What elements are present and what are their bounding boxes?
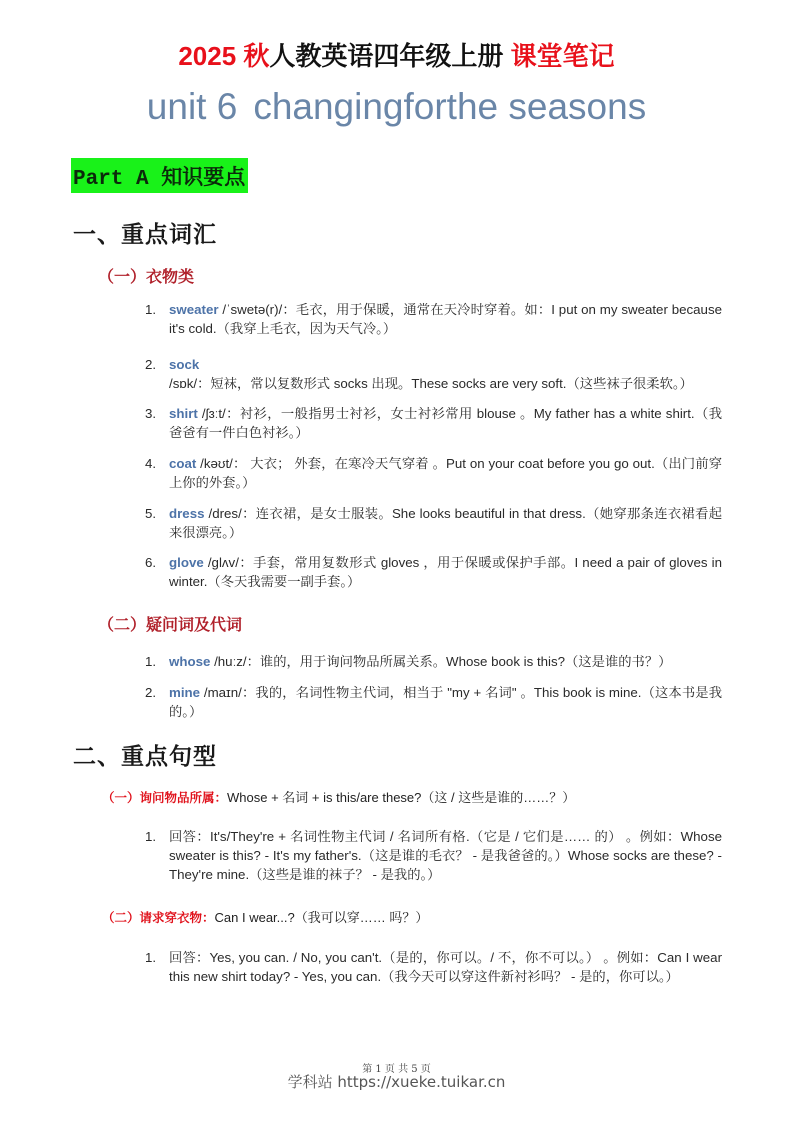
item-number: 4. (145, 454, 165, 473)
pattern-label: （二）请求穿衣物： (102, 911, 215, 925)
vocab-item: 2. mine /maɪn/：我的，名词性物主代词，相当于 "my + 名词" … (145, 683, 722, 721)
subsection-heading-clothing: （一）衣物类 (98, 264, 194, 287)
vocab-definition: /kəʊt/： 大衣； 外套，在寒冷天气穿着 。Put on your coat… (169, 456, 722, 490)
pattern-text: Whose + 名词 + is this/are these?（这 / 这些是谁… (227, 790, 575, 805)
pattern-example-item: 1. 回答：It's/They're + 名词性物主代词 / 名词所有格.（它是… (145, 827, 722, 884)
footer-website: 学科站 https://xueke.tuikar.cn (0, 1071, 793, 1092)
pattern-example-text: 回答：Yes, you can. / No, you can't.（是的，你可以… (169, 948, 722, 986)
vocab-word: coat (169, 456, 196, 471)
vocab-item: 1. whose /huːz/：谁的，用于询问物品所属关系。Whose book… (145, 652, 722, 671)
item-number: 5. (145, 504, 165, 523)
item-number: 1. (145, 827, 165, 846)
pattern-example-item: 1. 回答：Yes, you can. / No, you can't.（是的，… (145, 948, 722, 986)
vocab-item: 3. shirt /ʃɜːt/：衬衫，一般指男士衬衫，女士衬衫常用 blouse… (145, 404, 722, 442)
item-number: 2. (145, 355, 165, 374)
item-number: 2. (145, 683, 165, 702)
pattern-example-text: 回答：It's/They're + 名词性物主代词 / 名词所有格.（它是 / … (169, 827, 722, 884)
section-heading-vocabulary: 一、重点词汇 (73, 216, 217, 249)
pattern-ownership: （一）询问物品所属：Whose + 名词 + is this/are these… (102, 787, 575, 806)
vocab-word: whose (169, 654, 210, 669)
item-number: 1. (145, 652, 165, 671)
vocab-word: mine (169, 685, 200, 700)
unit-number: unit 6 (147, 86, 238, 127)
vocab-word: sock (169, 357, 199, 372)
vocab-word: sweater (169, 302, 219, 317)
item-number: 6. (145, 553, 165, 572)
vocab-definition: /glʌv/：手套，常用复数形式 gloves ，用于保暖或保护手部。I nee… (169, 555, 722, 589)
item-number: 1. (145, 300, 165, 319)
vocab-item: 1. sweater /ˈswetə(r)/：毛衣，用于保暖，通常在天冷时穿着。… (145, 300, 722, 338)
vocab-definition: /ʃɜːt/：衬衫，一般指男士衬衫，女士衬衫常用 blouse 。My fath… (169, 406, 722, 440)
vocab-word: glove (169, 555, 204, 570)
unit-name: changingforthe seasons (253, 86, 646, 127)
vocab-definition: /maɪn/：我的，名词性物主代词，相当于 "my + 名词" 。This bo… (169, 685, 722, 719)
item-number: 1. (145, 948, 165, 967)
title-notes: 课堂笔记 (511, 41, 615, 71)
vocab-definition: /sɒk/：短袜，常以复数形式 socks 出现。These socks are… (169, 376, 693, 391)
section-heading-sentence-patterns: 二、重点句型 (73, 738, 217, 771)
vocab-item: 2. sock /sɒk/：短袜，常以复数形式 socks 出现。These s… (145, 355, 722, 393)
part-badge: Part A 知识要点 (71, 158, 248, 193)
pattern-text: Can I wear...?（我可以穿…… 吗？） (215, 910, 429, 925)
vocab-definition: /ˈswetə(r)/：毛衣，用于保暖，通常在天冷时穿着。如：I put on … (169, 302, 722, 336)
vocab-word: shirt (169, 406, 198, 421)
pattern-label: （一）询问物品所属： (102, 791, 227, 805)
document-title: 2025 秋人教英语四年级上册 课堂笔记 (0, 36, 793, 73)
vocab-item: 5. dress /dres/：连衣裙，是女士服装。She looks beau… (145, 504, 722, 542)
subsection-heading-pronouns: （二）疑问词及代词 (98, 612, 242, 635)
vocab-item: 4. coat /kəʊt/： 大衣； 外套，在寒冷天气穿着 。Put on y… (145, 454, 722, 492)
item-number: 3. (145, 404, 165, 423)
pattern-request-wear: （二）请求穿衣物：Can I wear...?（我可以穿…… 吗？） (102, 907, 428, 926)
vocab-word: dress (169, 506, 204, 521)
vocab-definition: /huːz/：谁的，用于询问物品所属关系。Whose book is this?… (210, 654, 671, 669)
title-course: 人教英语四年级上册 (269, 41, 503, 71)
vocab-definition: /dres/：连衣裙，是女士服装。She looks beautiful in … (169, 506, 722, 540)
title-year-season: 2025 秋 (178, 41, 269, 71)
unit-subtitle: unit 6changingforthe seasons (0, 86, 793, 128)
vocab-item: 6. glove /glʌv/：手套，常用复数形式 gloves ，用于保暖或保… (145, 553, 722, 591)
